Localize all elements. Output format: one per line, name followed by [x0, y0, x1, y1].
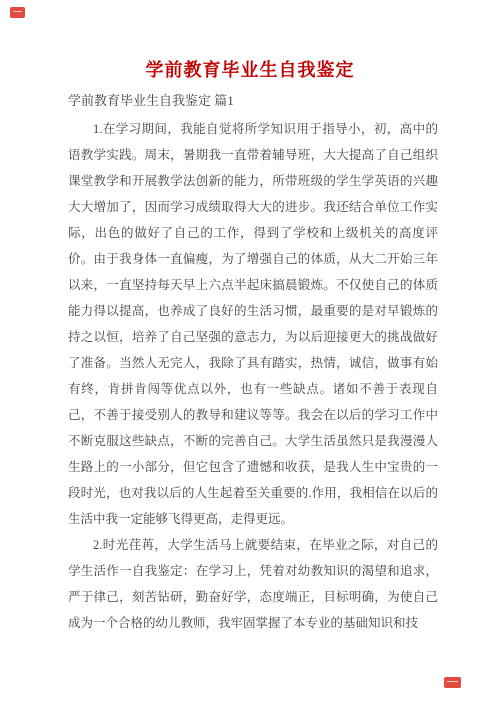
text-line: 课堂教学和开展教学法创新的能力，所带班级的学生学英语的兴趣	[68, 168, 438, 194]
text-line: 大大增加了，因而学习成绩取得大大的进步。我还结合单位工作实	[68, 194, 438, 220]
text-line: 持之以恒，培养了自己坚强的意志力，为以后迎接更大的挑战做好	[68, 324, 438, 350]
text-line: 以来，一直坚持每天早上六点半起床搞晨锻炼。不仅使自己的体质	[68, 272, 438, 298]
page-title: 学前教育毕业生自我鉴定	[0, 0, 500, 83]
text-line: 不断克服这些缺点，不断的完善自己。大学生活虽然只是我漫漫人	[68, 428, 438, 454]
text-line: 有终，肯拼肯闯等优点以外，也有一些缺点。诸如不善于表现自	[68, 376, 438, 402]
text-line: 己，不善于接受别人的教导和建议等等。我会在以后的学习工作中	[68, 402, 438, 428]
text-line: 2.时光荏苒，大学生活马上就要结束，在毕业之际，对自己的大	[68, 532, 438, 558]
red-seal-icon	[10, 7, 25, 18]
paragraph: 1.在学习期间，我能自觉将所学知识用于指导小，初，高中的英语教学实践。周末，暑期…	[68, 116, 438, 532]
text-line: 生活中我一定能够飞得更高，走得更远。	[68, 506, 438, 532]
text-line: 了准备。当然人无完人，我除了具有踏实，热情，诚信，做事有始	[68, 350, 438, 376]
text-line: 生路上的一小部分，但它包含了遗憾和收获，是我人生中宝贵的一	[68, 454, 438, 480]
text-line: 际，出色的做好了自己的工作，得到了学校和上级机关的高度评	[68, 220, 438, 246]
text-line: 能力得以提高，也养成了良好的生活习惯，最重要的是对早锻炼的	[68, 298, 438, 324]
text-line: 学生活作一自我鉴定：在学习上，凭着对幼教知识的渴望和追求，	[68, 558, 438, 584]
document-body: 1.在学习期间，我能自觉将所学知识用于指导小，初，高中的英语教学实践。周末，暑期…	[68, 116, 438, 636]
text-line: 段时光，也对我以后的人生起着至关重要的.作用，我相信在以后的	[68, 480, 438, 506]
paragraph: 2.时光荏苒，大学生活马上就要结束，在毕业之际，对自己的大学生活作一自我鉴定：在…	[68, 532, 438, 636]
text-line: 价。由于我身体一直偏瘦，为了增强自己的体质，从大二开始三年	[68, 246, 438, 272]
text-line: 1.在学习期间，我能自觉将所学知识用于指导小，初，高中的英	[68, 116, 438, 142]
text-line: 严于律己，刻苦钻研，勤奋好学，态度端正，目标明确，为使自己	[68, 584, 438, 610]
text-line: 成为一个合格的幼儿教师，我牢固掌握了本专业的基础知识和技	[68, 610, 438, 636]
text-line: 语教学实践。周末，暑期我一直带着辅导班，大大提高了自己组织	[68, 142, 438, 168]
red-seal-icon	[444, 677, 461, 688]
page-subtitle: 学前教育毕业生自我鉴定 篇1	[68, 92, 438, 110]
document-page: 学前教育毕业生自我鉴定 学前教育毕业生自我鉴定 篇1 1.在学习期间，我能自觉将…	[0, 0, 500, 707]
